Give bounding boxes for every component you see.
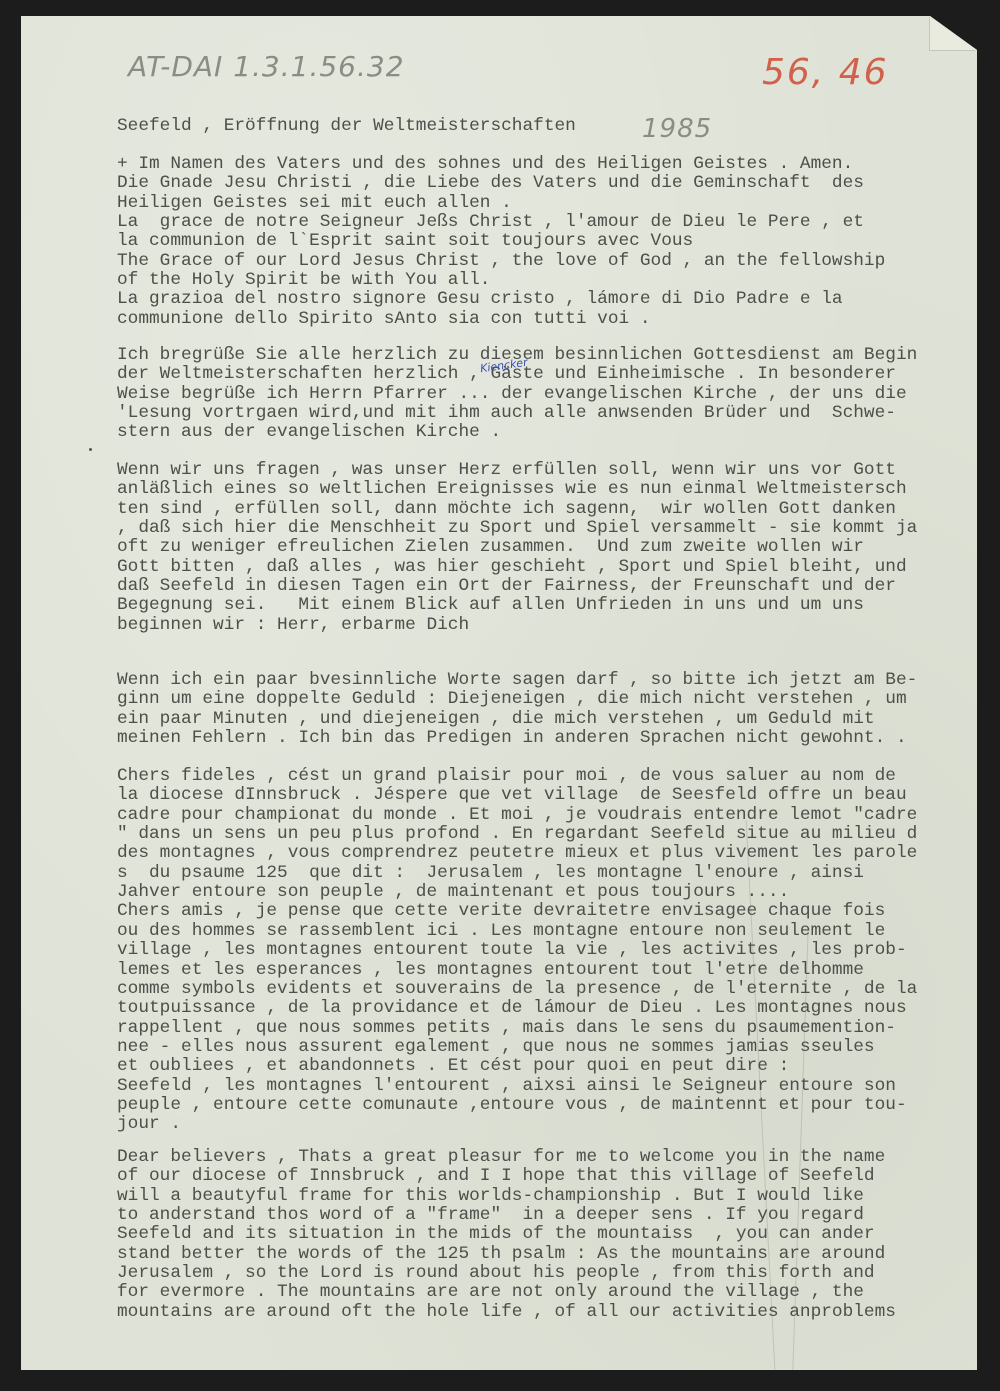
text-line: daß Seefeld in diesen Tagen ein Ort der …: [117, 577, 896, 596]
text-line: nee - elles nous assurent egalement , qu…: [117, 1038, 875, 1057]
text-line: ou des hommes se rassemblent ici . Les m…: [117, 922, 885, 941]
page-number-annotation: 56, 46: [762, 52, 889, 93]
text-line: of the Holy Spirit be with You all.: [117, 271, 490, 290]
text-line: La grace de notre Seigneur Jeßs Christ ,…: [117, 213, 864, 232]
text-line: La grazioa del nostro signore Gesu crist…: [117, 290, 843, 309]
text-line: The Grace of our Lord Jesus Christ , the…: [117, 252, 885, 271]
text-line: Dear believers , Thats a great pleasur f…: [117, 1148, 885, 1167]
text-line: anläßlich eines so weltlichen Ereignisse…: [117, 480, 907, 499]
text-line: " dans un sens un peu plus profond . En …: [117, 825, 917, 844]
text-line: meinen Fehlern . Ich bin das Predigen in…: [117, 729, 907, 748]
text-line: jour .: [117, 1115, 181, 1134]
text-line: Weise begrüße ich Herrn Pfarrer ... der …: [117, 385, 907, 404]
text-line: des montagnes , vous comprendrez peutetr…: [117, 844, 917, 863]
text-line: Chers fideles , cést un grand plaisir po…: [117, 767, 896, 786]
text-line: toutpuissance , de la providance et de l…: [117, 999, 907, 1018]
text-line: Gott bitten , daß alles , was hier gesch…: [117, 558, 907, 577]
text-line: beginnen wir : Herr, erbarme Dich: [117, 616, 469, 635]
text-line: stern aus der evangelischen Kirche .: [117, 423, 501, 442]
text-line: peuple , entoure cette comunaute ,entour…: [117, 1096, 907, 1115]
margin-mark: [89, 448, 92, 451]
text-line: for evermore . The mountains are are not…: [117, 1283, 864, 1302]
text-line: ein paar Minuten , und diejeneigen , die…: [117, 710, 875, 729]
text-line: Seefeld , les montagnes l'entourent , ai…: [117, 1077, 896, 1096]
text-line: Chers amis , je pense que cette verite d…: [117, 902, 885, 921]
text-line: cadre pour championat du monde . Et moi …: [117, 806, 917, 825]
text-line: lemes et les esperances , les montagnes …: [117, 961, 864, 980]
text-line: et oubliees , et abandonnets . Et cést p…: [117, 1057, 789, 1076]
text-line: Seefeld and its situation in the mids of…: [117, 1225, 875, 1244]
text-line: Wenn ich ein paar bvesinnliche Worte sag…: [117, 671, 917, 690]
text-line: Wenn wir uns fragen , was unser Herz erf…: [117, 461, 896, 480]
text-line: Die Gnade Jesu Christi , die Liebe des V…: [117, 174, 864, 193]
text-line: + Im Namen des Vaters und des sohnes und…: [117, 155, 853, 174]
document-title: Seefeld , Eröffnung der Weltmeisterschaf…: [117, 117, 576, 136]
text-line: to anderstand thos word of a "frame" in …: [117, 1206, 864, 1225]
folded-corner: [930, 16, 977, 50]
archive-signature: AT-DAI 1.3.1.56.32: [128, 50, 405, 83]
text-line: ten sind , erfüllen soll, dann möchte ic…: [117, 500, 896, 519]
text-line: Heiligen Geistes sei mit euch allen .: [117, 194, 512, 213]
year-annotation: 1985: [642, 114, 712, 144]
text-line: 'Lesung vortrgaen wird,und mit ihm auch …: [117, 404, 896, 423]
text-line: of our diocese of Innsbruck , and I I ho…: [117, 1167, 875, 1186]
text-line: s du psaume 125 que dit : Jerusalem , le…: [117, 864, 864, 883]
text-line: communione dello Spirito sAnto sia con t…: [117, 310, 651, 329]
text-line: rappellent , que nous sommes petits , ma…: [117, 1019, 896, 1038]
text-line: mountains are around oft the hole life ,…: [117, 1303, 896, 1322]
text-line: Begegnung sei. Mit einem Blick auf allen…: [117, 596, 864, 615]
text-line: village , les montagnes entourent toute …: [117, 941, 907, 960]
text-line: la communion de l`Esprit saint soit touj…: [117, 232, 693, 251]
text-line: oft zu weniger efreulichen Zielen zusamm…: [117, 538, 864, 557]
text-line: , daß sich hier die Menschheit zu Sport …: [117, 519, 917, 538]
text-line: stand better the words of the 125 th psa…: [117, 1245, 885, 1264]
text-line: Jahver entoure son peuple , de maintenan…: [117, 883, 789, 902]
text-line: ginn um eine doppelte Geduld : Diejeneig…: [117, 690, 907, 709]
text-line: comme symbols evidents et souverains de …: [117, 980, 917, 999]
text-line: will a beautyful frame for this worlds-c…: [117, 1187, 864, 1206]
text-line: Jerusalem , so the Lord is round about h…: [117, 1264, 875, 1283]
text-line: la diocese dInnsbruck . Jéspere que vet …: [117, 786, 907, 805]
